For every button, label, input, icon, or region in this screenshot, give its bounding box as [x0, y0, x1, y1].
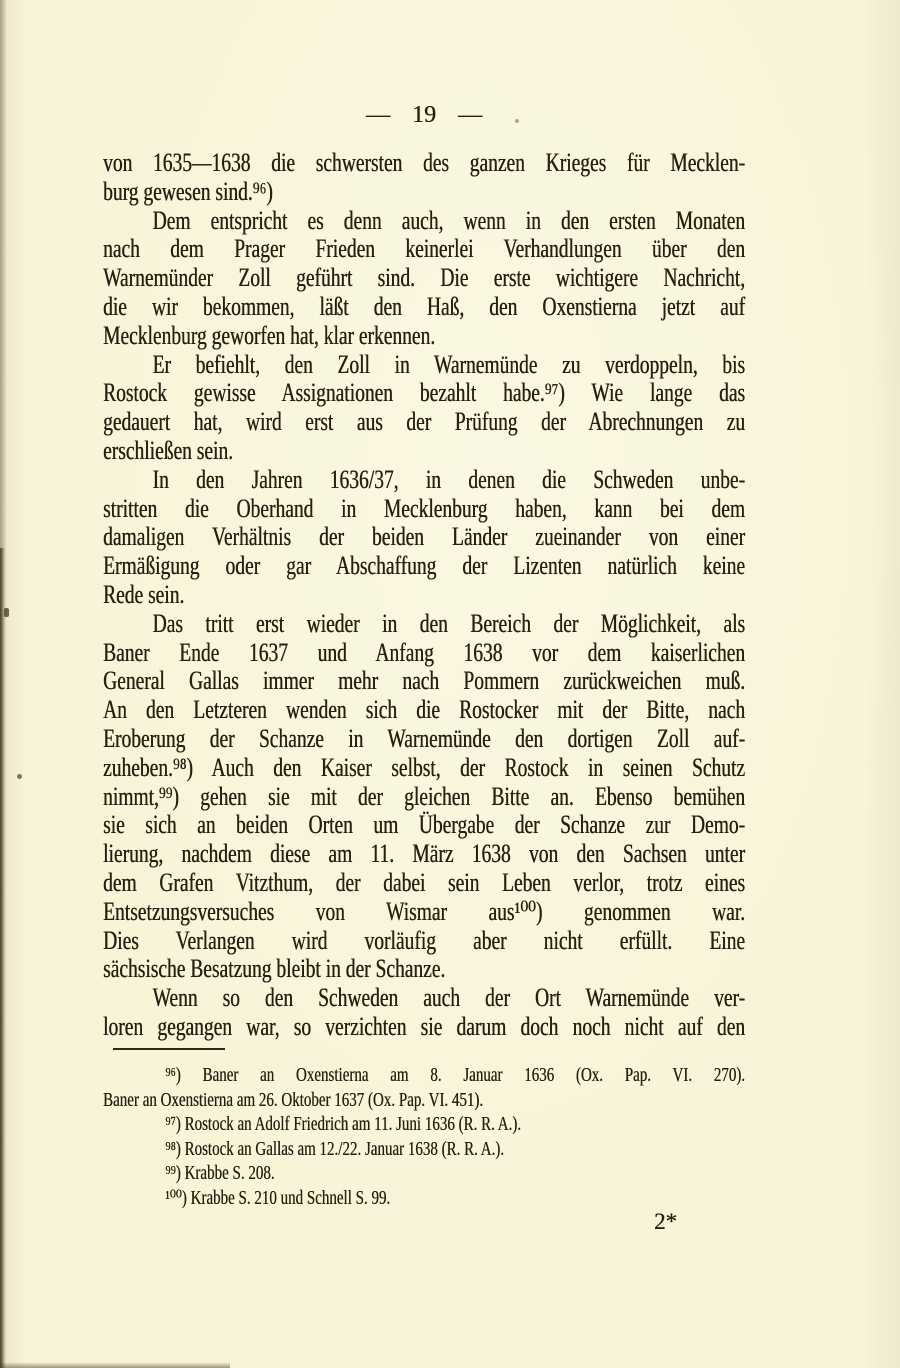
- body-text: von 1635—1638 die schwersten des ganzen …: [103, 149, 745, 1042]
- body-text-line: Baner Ende 1637 und Anfang 1638 vor dem …: [103, 639, 745, 668]
- body-text-line: Wenn so den Schweden auch der Ort Warnem…: [103, 984, 745, 1013]
- body-text-line: Rostock gewisse Assignationen bezahlt ha…: [103, 379, 745, 408]
- body-text-line: Das tritt erst wieder in den Bereich der…: [103, 610, 745, 639]
- body-text-line: Dem entspricht es denn auch, wenn in den…: [103, 207, 745, 236]
- footnote-line: ⁹⁶) Baner an Oxenstierna am 8. Januar 16…: [103, 1063, 745, 1088]
- body-text-line: zuheben.⁹⁸) Auch den Kaiser selbst, der …: [103, 754, 745, 783]
- body-text-line: Warnemünder Zoll geführt sind. Die erste…: [103, 264, 745, 293]
- body-text-line: die wir bekommen, läßt den Haß, den Oxen…: [103, 293, 745, 322]
- footnote-line: Baner an Oxenstierna am 26. Oktober 1637…: [103, 1088, 745, 1113]
- page-number-header: — 19 —: [103, 101, 745, 129]
- body-text-line: gedauert hat, wird erst aus der Prüfung …: [103, 408, 745, 437]
- footnote-separator-rule: [113, 1048, 225, 1050]
- body-text-line: damaligen Verhältnis der beiden Länder z…: [103, 523, 745, 552]
- footnote-line: ¹⁰⁰) Krabbe S. 210 und Schnell S. 99.: [103, 1186, 745, 1211]
- body-text-line: Entsetzungsversuches von Wismar aus¹⁰⁰) …: [103, 898, 745, 927]
- body-text-line: Er befiehlt, den Zoll in Warnemünde zu v…: [103, 351, 745, 380]
- body-text-line: Ermäßigung oder gar Abschaffung der Lize…: [103, 552, 745, 581]
- body-text-line: dem Grafen Vitzthum, der dabei sein Lebe…: [103, 869, 745, 898]
- body-text-line: burg gewesen sind.⁹⁶): [103, 178, 745, 207]
- signature-mark: 2*: [654, 1209, 677, 1235]
- body-text-line: General Gallas immer mehr nach Pommern z…: [103, 667, 745, 696]
- body-text-line: stritten die Oberhand in Mecklenburg hab…: [103, 495, 745, 524]
- body-text-line: sie sich an beiden Orten um Übergabe der…: [103, 811, 745, 840]
- paper-speck: [4, 608, 9, 617]
- body-text-line: erschließen sein.: [103, 437, 745, 466]
- body-text-line: An den Letzteren wenden sich die Rostock…: [103, 696, 745, 725]
- body-text-line: Dies Verlangen wird vorläufig aber nicht…: [103, 927, 745, 956]
- book-page: — 19 — von 1635—1638 die schwersten des …: [0, 0, 900, 1368]
- paper-speck: [17, 774, 22, 779]
- body-text-line: nimmt,⁹⁹) gehen sie mit der gleichen Bit…: [103, 783, 745, 812]
- body-text-line: sächsische Besatzung bleibt in der Schan…: [103, 955, 745, 984]
- body-text-line: lierung, nachdem diese am 11. März 1638 …: [103, 840, 745, 869]
- body-text-line: Mecklenburg geworfen hat, klar erkennen.: [103, 322, 745, 351]
- body-text-line: von 1635—1638 die schwersten des ganzen …: [103, 149, 745, 178]
- body-text-line: Rede sein.: [103, 581, 745, 610]
- body-text-line: loren gegangen war, so verzichten sie da…: [103, 1013, 745, 1042]
- body-text-line: nach dem Prager Frieden keinerlei Verhan…: [103, 235, 745, 264]
- body-text-line: Eroberung der Schanze in Warnemünde den …: [103, 725, 745, 754]
- page-bottom-edge-shadow: [0, 1362, 230, 1368]
- footnote-line: ⁹⁷) Rostock an Adolf Friedrich am 11. Ju…: [103, 1112, 745, 1137]
- body-text-line: In den Jahren 1636/37, in denen die Schw…: [103, 466, 745, 495]
- page-left-edge-shadow-lower: [0, 548, 5, 1368]
- footnotes: ⁹⁶) Baner an Oxenstierna am 8. Januar 16…: [103, 1063, 745, 1210]
- footnote-line: ⁹⁸) Rostock an Gallas am 12./22. Januar …: [103, 1137, 745, 1162]
- footnote-line: ⁹⁹) Krabbe S. 208.: [103, 1161, 745, 1186]
